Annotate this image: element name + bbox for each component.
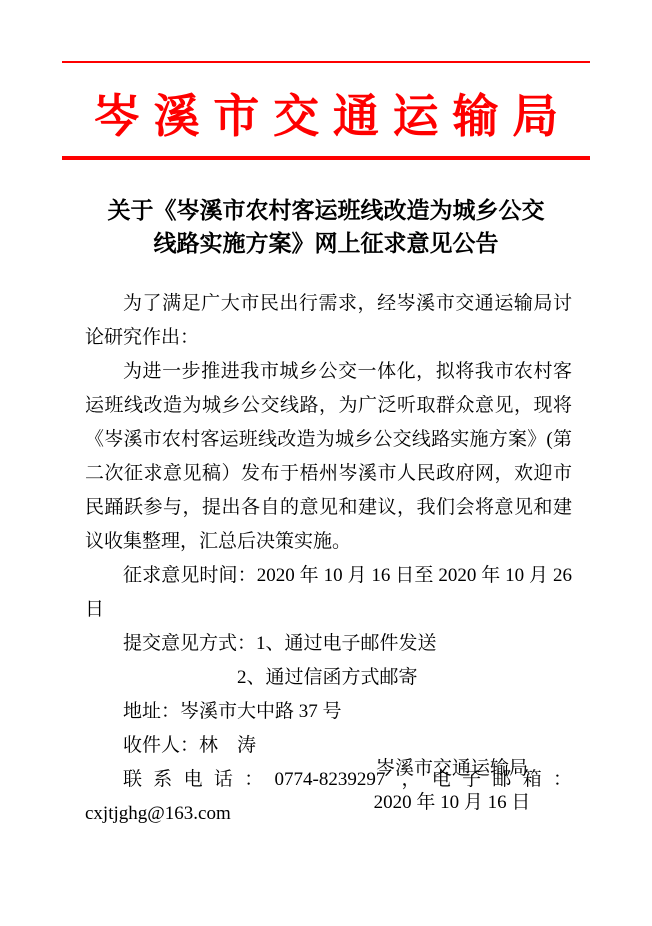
notice-title-line-2: 线路实施方案》网上征求意见公告 [50, 227, 602, 260]
signature-date: 2020 年 10 月 16 日 [346, 786, 558, 820]
submission-method-item-2: 2、通过信函方式邮寄 [85, 661, 572, 695]
address-line: 地址：岑溪市大中路 37 号 [85, 695, 572, 729]
notice-body: 为了满足广大市民出行需求，经岑溪市交通运输局讨论研究作出： 为进一步推进我市城乡… [85, 287, 572, 831]
solicitation-period-line: 征求意见时间：2020 年 10 月 16 日至 2020 年 10 月 26 … [85, 559, 572, 627]
document-page: 岑溪市交通运输局 关于《岑溪市农村客运班线改造为城乡公交 线路实施方案》网上征求… [0, 0, 652, 926]
signature-org: 岑溪市交通运输局 [346, 752, 558, 786]
body-paragraph-main: 为进一步推进我市城乡公交一体化，拟将我市农村客运班线改造为城乡公交线路，为广泛听… [85, 355, 572, 559]
letterhead-double-rule [62, 156, 590, 160]
submission-method-item-1: 1、通过电子邮件发送 [256, 633, 437, 654]
letterhead-top-rule [62, 61, 590, 63]
body-paragraph-intro: 为了满足广大市民出行需求，经岑溪市交通运输局讨论研究作出： [85, 287, 572, 355]
notice-title-line-1: 关于《岑溪市农村客运班线改造为城乡公交 [50, 194, 602, 227]
signature-block: 岑溪市交通运输局 2020 年 10 月 16 日 [346, 752, 558, 820]
notice-title: 关于《岑溪市农村客运班线改造为城乡公交 线路实施方案》网上征求意见公告 [50, 194, 602, 260]
agency-name: 岑溪市交通运输局 [0, 86, 652, 148]
submission-method-label: 提交意见方式： [123, 633, 256, 654]
submission-method-line: 提交意见方式：1、通过电子邮件发送 [85, 627, 572, 661]
